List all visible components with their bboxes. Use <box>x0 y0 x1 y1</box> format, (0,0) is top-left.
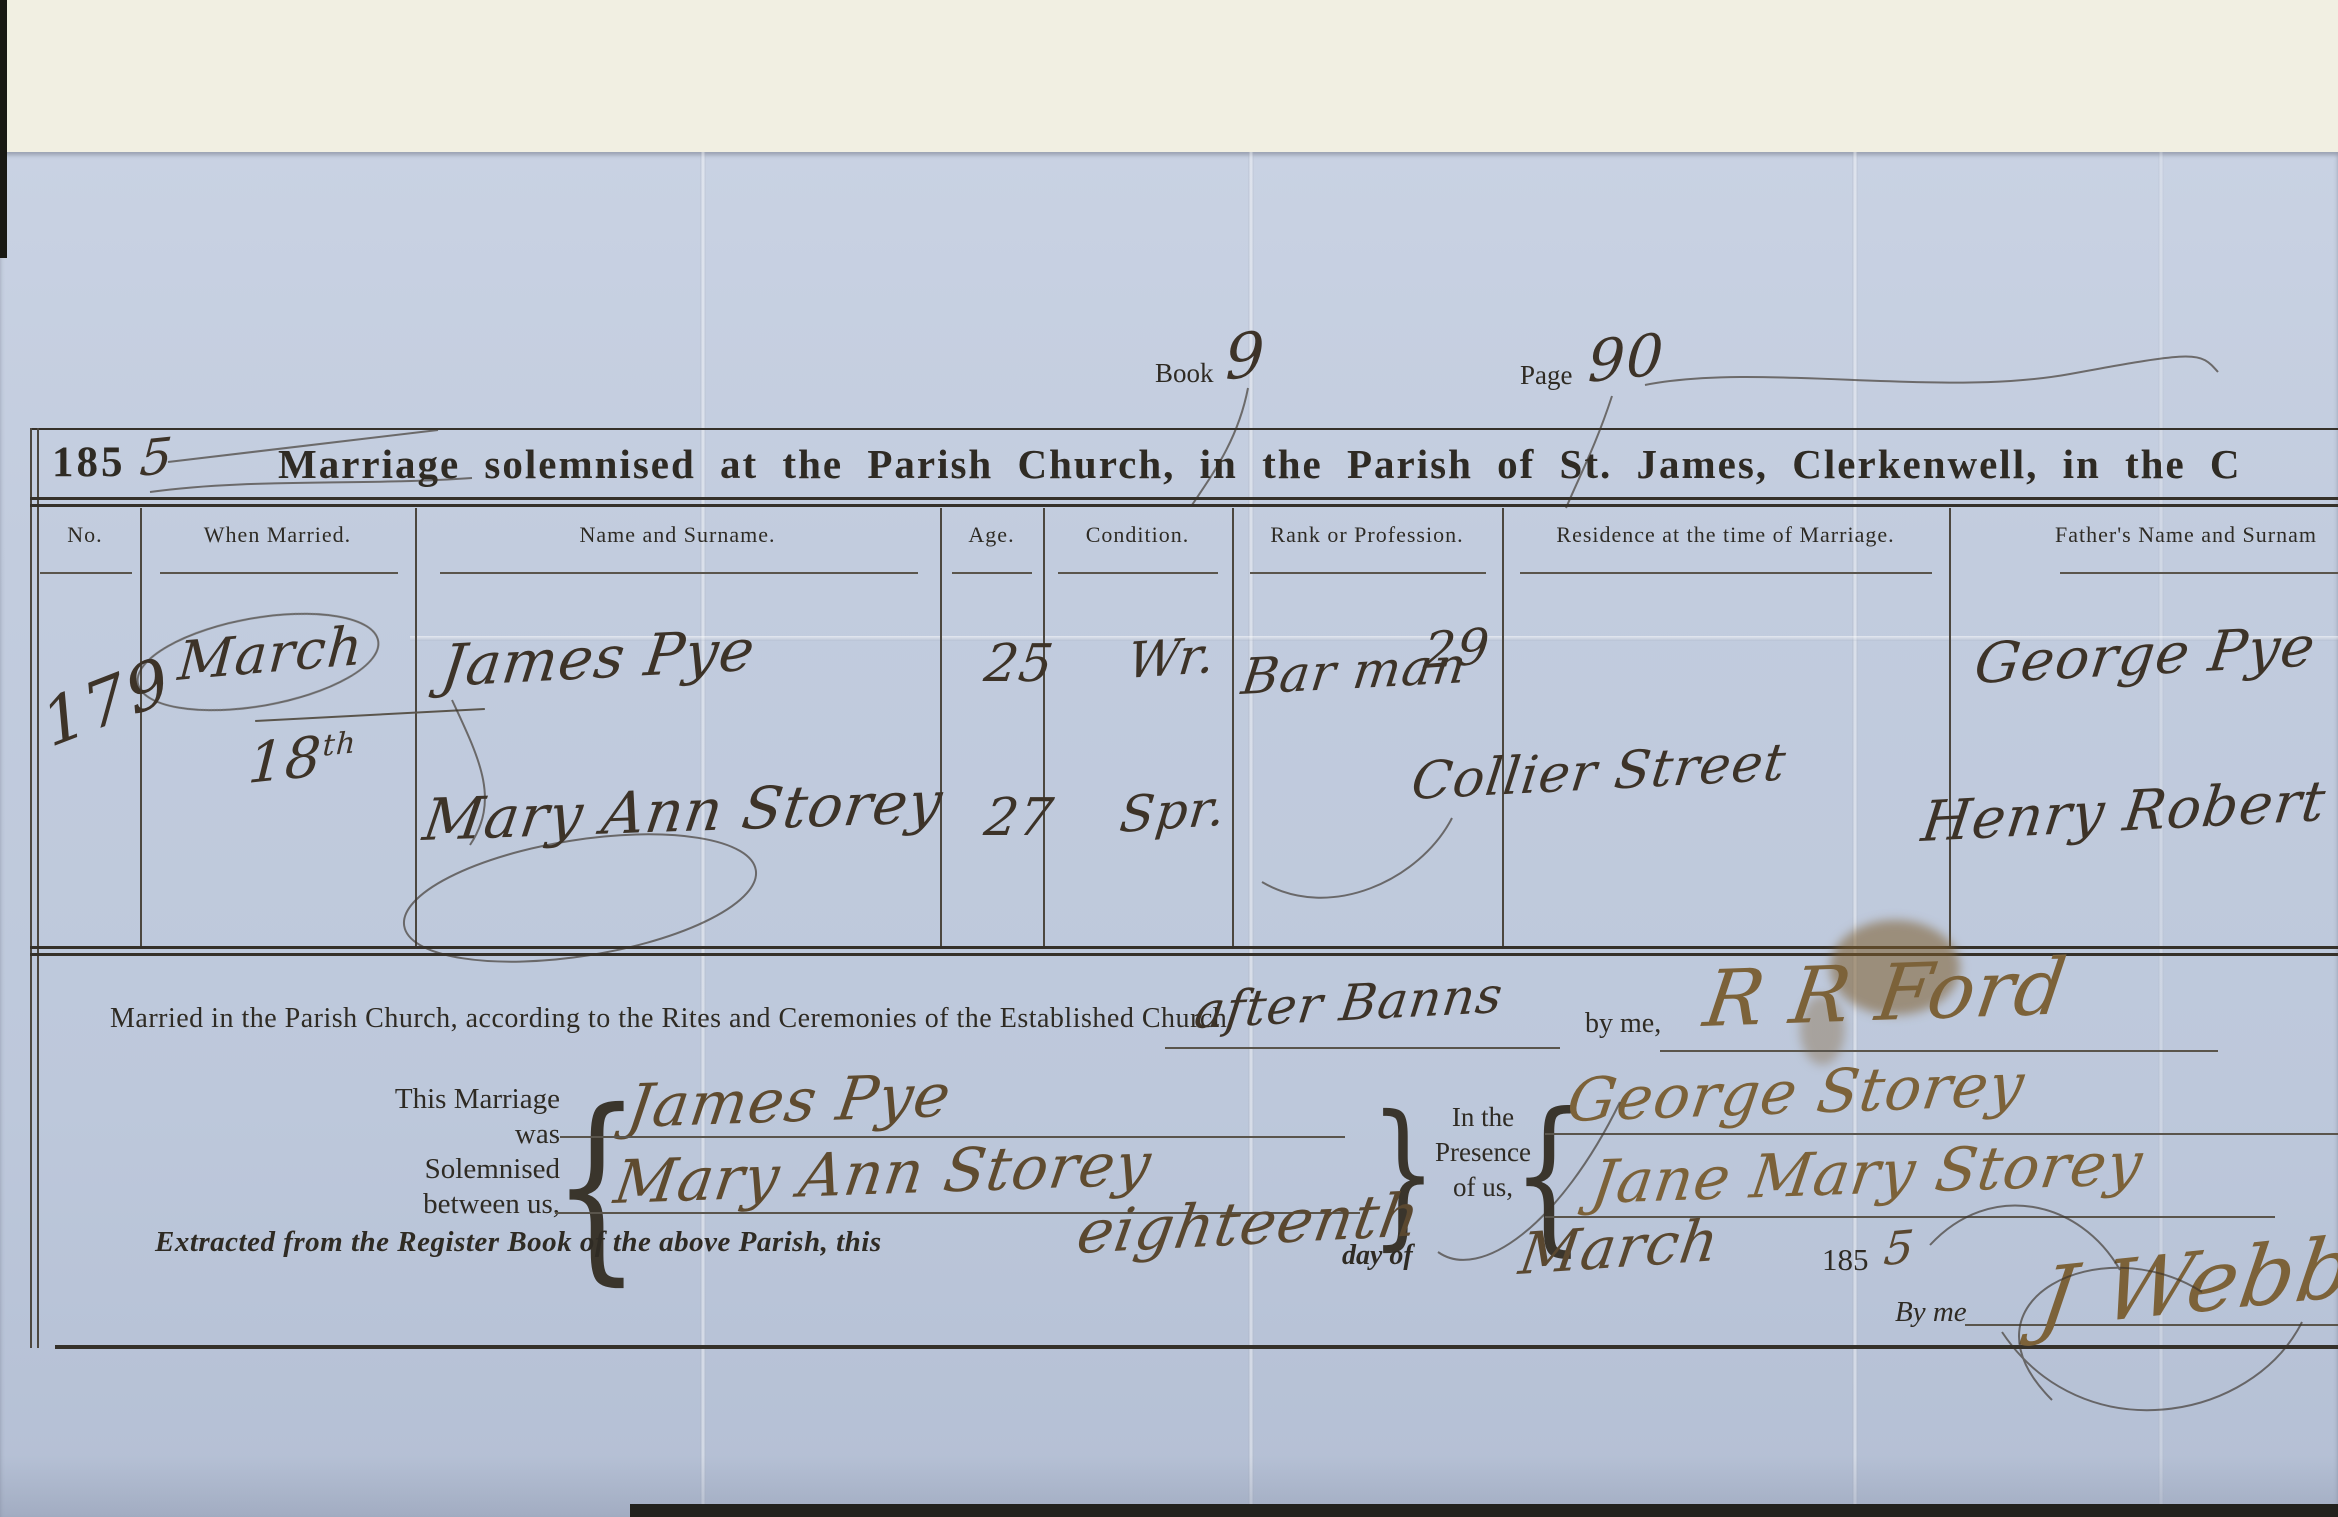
footer-year-printed: 185 <box>1822 1242 1869 1278</box>
marriage-certificate-scan: Book 9 Page 90 185 5 Marriage solemnised… <box>0 0 2338 1517</box>
groom-signature: James Pye <box>623 1061 956 1142</box>
col-header-father: Father's Name and Surnam <box>2055 522 2317 548</box>
residence-number: 29 <box>1422 617 1492 679</box>
header-underline <box>1058 572 1218 574</box>
page-number-handwritten: 90 <box>1587 320 1666 396</box>
witness1-signature-line <box>1545 1133 2338 1135</box>
solemnised-line: Solemnised <box>230 1152 560 1187</box>
col-header-condition: Condition. <box>1043 522 1232 548</box>
day-of-label: day of <box>1342 1240 1413 1272</box>
groom-age: 25 <box>981 634 1058 694</box>
solemnised-line: This Marriage <box>230 1082 560 1117</box>
column-separator <box>1949 508 1951 948</box>
border-top-rule <box>30 428 2338 430</box>
fold-crease-vertical <box>1852 152 1858 1517</box>
col-header-rank-profession: Rank or Profession. <box>1232 522 1502 548</box>
solemnised-line: between us, <box>230 1187 560 1222</box>
solemnised-label: This Marriage was Solemnised between us, <box>230 1082 560 1222</box>
officiant-underline <box>1660 1050 2218 1052</box>
header-underline <box>40 572 132 574</box>
col-header-name-surname: Name and Surname. <box>415 522 940 548</box>
banns-underline <box>1165 1047 1560 1049</box>
groom-condition: Wr. <box>1125 626 1218 690</box>
bride-age: 27 <box>981 788 1058 848</box>
entry-day: 18th <box>246 721 357 797</box>
entry-day-number: 18 <box>246 725 324 797</box>
scanner-edge <box>0 0 7 258</box>
column-separator <box>1043 508 1045 948</box>
rites-line: Married in the Parish Church, according … <box>110 1003 1227 1035</box>
extracted-line: Extracted from the Register Book of the … <box>155 1226 882 1259</box>
title-double-rule-1 <box>30 497 2338 500</box>
column-separator <box>1502 508 1504 948</box>
border-left-outer <box>30 428 32 1348</box>
certificate-title: Marriage solemnised at the Parish Church… <box>278 440 2242 488</box>
header-underline <box>440 572 918 574</box>
book-number-handwritten: 9 <box>1225 317 1266 395</box>
column-separator <box>940 508 942 948</box>
border-left-inner <box>37 428 39 1348</box>
officiant-signature: R R Ford <box>1699 942 2073 1044</box>
entry-day-suffix: th <box>322 725 358 763</box>
title-double-rule-2 <box>30 504 2338 507</box>
col-header-residence: Residence at the time of Marriage. <box>1502 522 1949 548</box>
col-header-when-married: When Married. <box>140 522 415 548</box>
header-underline <box>2060 572 2338 574</box>
border-bottom-rule <box>55 1345 2338 1349</box>
col-header-no: No. <box>30 522 140 548</box>
book-label: Book <box>1155 358 1214 389</box>
extracted-month-handwritten: March <box>1515 1206 1724 1288</box>
by-me-label-2: By me <box>1895 1296 1967 1329</box>
header-underline <box>160 572 398 574</box>
page-label: Page <box>1520 360 1572 391</box>
col-header-age: Age. <box>940 522 1043 548</box>
header-underline <box>1250 572 1486 574</box>
footer-year-handwritten: 5 <box>1882 1219 1917 1275</box>
column-separator <box>415 508 417 948</box>
year-handwritten: 5 <box>138 427 175 488</box>
header-underline <box>952 572 1032 574</box>
by-me-label: by me, <box>1585 1008 1661 1040</box>
scan-bottom-edge <box>630 1504 2338 1517</box>
solemnised-line: was <box>230 1117 560 1152</box>
bride-condition: Spr. <box>1117 779 1229 844</box>
year-printed: 185 <box>52 438 126 487</box>
column-separator <box>1232 508 1234 948</box>
header-underline <box>1520 572 1932 574</box>
